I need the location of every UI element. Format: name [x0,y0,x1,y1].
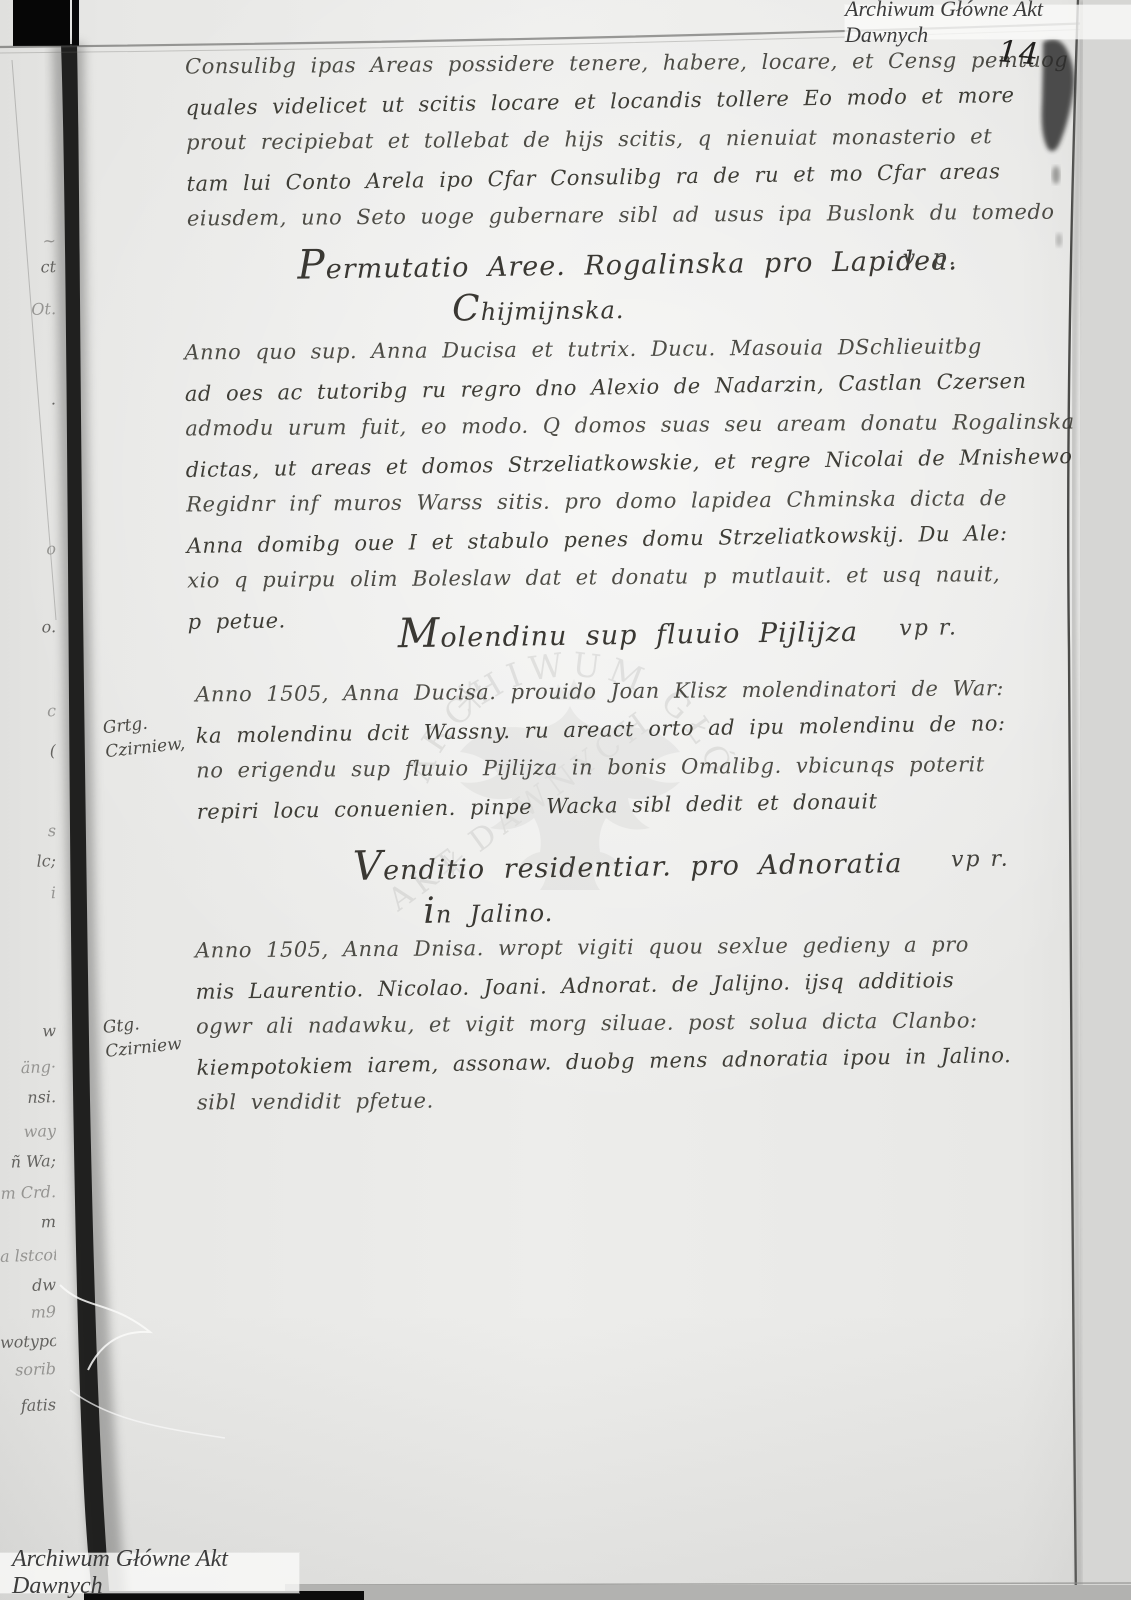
margin-note-2: Gtg. Czirniew [102,1008,183,1064]
archive-name-text: Archiwum Główne Akt Dawnych [12,1546,299,1600]
marginal-reference: v. p. [903,245,958,271]
section-heading-permutatio: Permutatio Aree. Rogalinska pro Lapidea.… [185,238,1070,338]
archive-watermark-label-bottom: Archiwum Główne Akt Dawnych [0,1553,299,1593]
paragraph-2: Anno quo sup. Anna Ducisa et tutrix. Duc… [184,325,1078,640]
archive-watermark-label-top: Archiwum Główne Akt Dawnych [845,5,1131,39]
manuscript-line: eiusdem, uno Seto uoge gubernare sibl ad… [187,192,1077,237]
manuscript-scan: ~ ct Ot. · o o. c ( s lc; i w äng· nsi. … [0,0,1131,1600]
margin-note-1: Grtg. Czirniew, [102,708,187,764]
manuscript-line: sibl vendidit pfetue. [197,1077,1077,1122]
archive-name-text: Archiwum Główne Akt Dawnych [845,0,1131,48]
paragraph-1: Consulibg ipas Areas possidere tenere, h… [185,39,1077,240]
paragraph-4: Anno 1505, Anna Dnisa. wropt vigiti quou… [195,923,1077,1124]
marginal-reference: vp r. [899,615,958,641]
paragraph-3: Anno 1505, Anna Ducisa. prouido Joan Kli… [195,667,1077,830]
marginal-reference: vp r. [951,847,1010,873]
